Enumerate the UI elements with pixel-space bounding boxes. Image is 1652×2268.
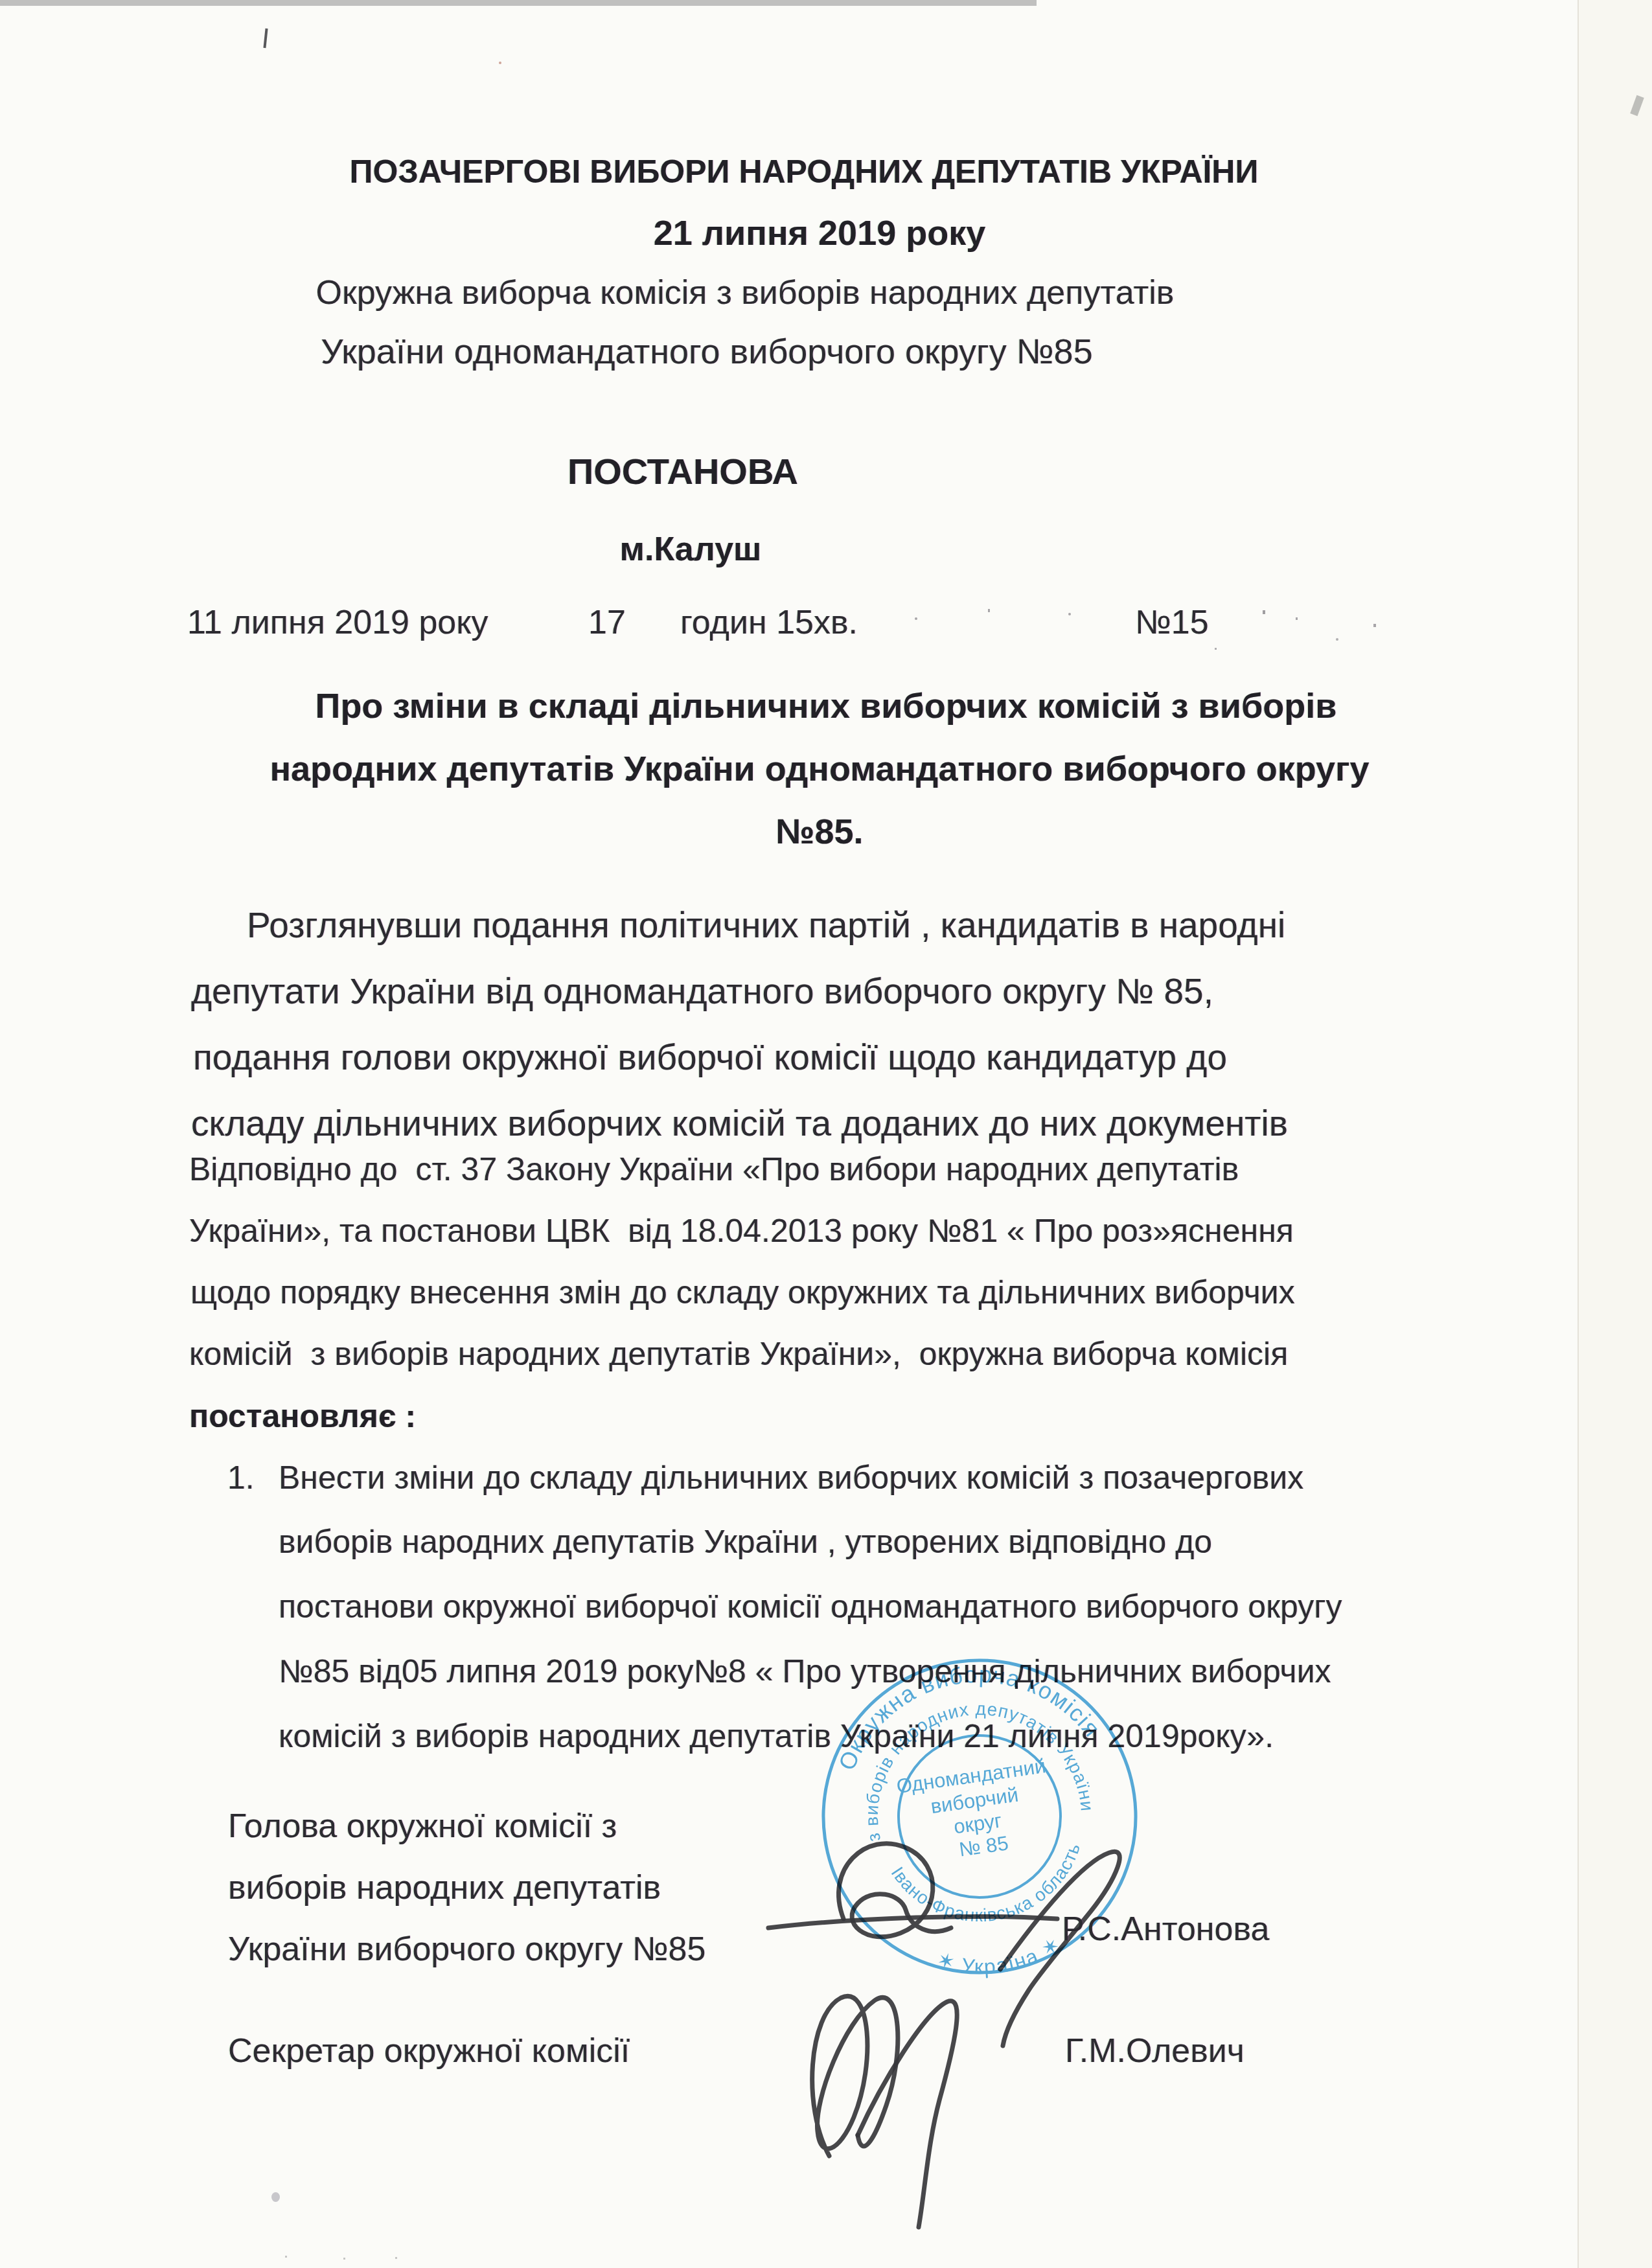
scan-speckle [285, 2256, 287, 2258]
list-item-number: 1. [227, 1461, 255, 1494]
scan-speckle [343, 2258, 345, 2260]
chair-title-line: України виборчого округу №85 [228, 1932, 706, 1966]
doc-number: №15 [1135, 606, 1209, 639]
resolves-line: постановляє : [189, 1400, 416, 1432]
scan-edge-dash [1630, 95, 1644, 116]
issuer-line2: України одномандатного виборчого округу … [0, 334, 1533, 369]
scan-speckle [1068, 613, 1071, 615]
scan-speckle [988, 609, 990, 612]
para1-line: Розглянувши подання політичних партій , … [247, 908, 1285, 943]
scan-speckle [1336, 638, 1338, 641]
doc-title-line1: ПОЗАЧЕРГОВІ ВИБОРИ НАРОДНИХ ДЕПУТАТІВ УК… [0, 155, 1630, 188]
chair-name: Р.С.Антонова [1062, 1912, 1269, 1946]
para2-line: щодо порядку внесення змін до складу окр… [190, 1276, 1295, 1309]
doc-time-label: годин 15хв. [680, 606, 858, 639]
scan-seam-right [1577, 0, 1579, 2268]
stamp-center-text: Одномандатний виборчий округ № 85 [895, 1754, 1063, 1868]
para1-line: депутати України від одномандатного вибо… [191, 974, 1213, 1009]
para1-line: подання голови окружної виборчої комісії… [193, 1040, 1227, 1075]
para1-line: складу дільничних виборчих комісій та до… [191, 1106, 1288, 1141]
subject-line: Про зміни в складі дільничних виборчих к… [0, 689, 1652, 724]
para2-line: комісій з виборів народних депутатів Укр… [189, 1338, 1288, 1370]
stamp-ring1-bottom-text: ✶ Україна ✶ [932, 1930, 1068, 1985]
scan-speckle [1296, 617, 1298, 620]
list-item-line: Внести зміни до складу дільничних виборч… [279, 1461, 1303, 1494]
subject-line: №85. [0, 814, 1646, 849]
issuer-line1: Окружна виборча комісія з виборів народн… [0, 276, 1571, 310]
scan-speckle [915, 617, 917, 620]
chair-title-line: Голова окружної комісії з [228, 1809, 617, 1843]
doc-hours: 17 [588, 606, 626, 639]
secretary-title: Секретар окружної комісії [228, 2034, 630, 2068]
chair-title-line: виборів народних депутатів [228, 1871, 661, 1905]
scan-edge-top [0, 0, 1037, 6]
list-item-line: постанови окружної виборчої комісії одно… [279, 1590, 1342, 1623]
scan-artifact-tick [263, 29, 268, 48]
list-item-line: виборів народних депутатів України , утв… [279, 1526, 1212, 1558]
doc-title-line2: 21 липня 2019 року [0, 216, 1646, 251]
doc-type: ПОСТАНОВА [0, 453, 1509, 490]
secretary-signature [858, 2001, 957, 2227]
scanned-document-page: ПОЗАЧЕРГОВІ ВИБОРИ НАРОДНИХ ДЕПУТАТІВ УК… [0, 0, 1652, 2268]
doc-date: 11 липня 2019 року [187, 606, 488, 639]
scan-speckle [1263, 610, 1265, 614]
scan-speckle [395, 2257, 397, 2259]
secretary-signature [812, 1996, 898, 2156]
scan-speckle [499, 62, 501, 64]
scan-speckle [271, 2192, 280, 2202]
doc-city: м.Калуш [0, 533, 1517, 566]
list-item-line: №85 від05 липня 2019 року№8 « Про утворе… [279, 1655, 1331, 1688]
scan-speckle [1373, 624, 1376, 627]
subject-line: народних депутатів України одномандатног… [0, 751, 1646, 786]
scan-speckle [1215, 648, 1217, 650]
scan-strip-right [1579, 0, 1652, 2268]
para2-line: України», та постанови ЦВК від 18.04.201… [189, 1215, 1294, 1247]
secretary-name: Г.М.Олевич [1065, 2034, 1245, 2068]
para2-line: Відповідно до ст. 37 Закону України «Про… [189, 1153, 1239, 1186]
